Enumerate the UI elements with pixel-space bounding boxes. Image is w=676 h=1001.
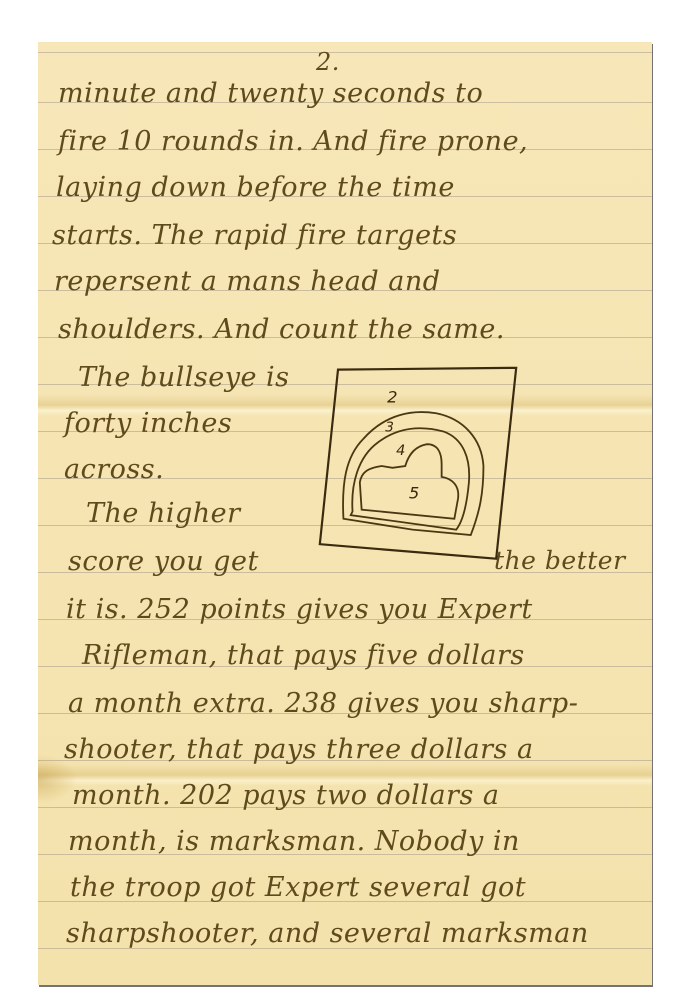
handwritten-line: score you get <box>68 548 259 575</box>
handwritten-line: sharpshooter, and several marksman <box>66 920 589 947</box>
ring-label: 2 <box>387 387 397 406</box>
page-number: 2. <box>316 50 340 74</box>
handwritten-line: it is. 252 points gives you Expert <box>66 596 533 623</box>
handwritten-line: The bullseye is <box>78 364 290 391</box>
ring-5 <box>360 444 458 519</box>
ring-label: 3 <box>385 419 394 435</box>
bullseye-diagram: 2 3 4 5 <box>318 366 518 566</box>
ring-label: 4 <box>396 443 405 459</box>
handwritten-line: across. <box>64 456 164 483</box>
handwritten-line: fire 10 rounds in. And fire prone, <box>58 128 528 155</box>
handwritten-line: forty inches <box>64 410 232 437</box>
handwritten-line: month. 202 pays two dollars a <box>72 782 500 809</box>
target-sketch: 2 3 4 5 <box>318 366 518 566</box>
handwritten-line: shooter, that pays three dollars a <box>64 736 534 763</box>
handwritten-line: shoulders. And count the same. <box>58 316 505 343</box>
handwritten-line: the troop got Expert several got <box>70 874 526 901</box>
handwritten-line: repersent a mans head and <box>54 268 441 295</box>
handwritten-line: Rifleman, that pays five dollars <box>82 642 525 669</box>
handwritten-line: The higher <box>86 500 241 527</box>
handwritten-line: month, is marksman. Nobody in <box>68 828 520 855</box>
handwritten-line: a month extra. 238 gives you sharp- <box>68 690 578 717</box>
handwritten-line: laying down before the time <box>56 174 455 201</box>
handwritten-line: minute and twenty seconds to <box>58 80 483 107</box>
ring-label: 5 <box>409 484 419 503</box>
handwritten-line: starts. The rapid fire targets <box>52 222 457 249</box>
